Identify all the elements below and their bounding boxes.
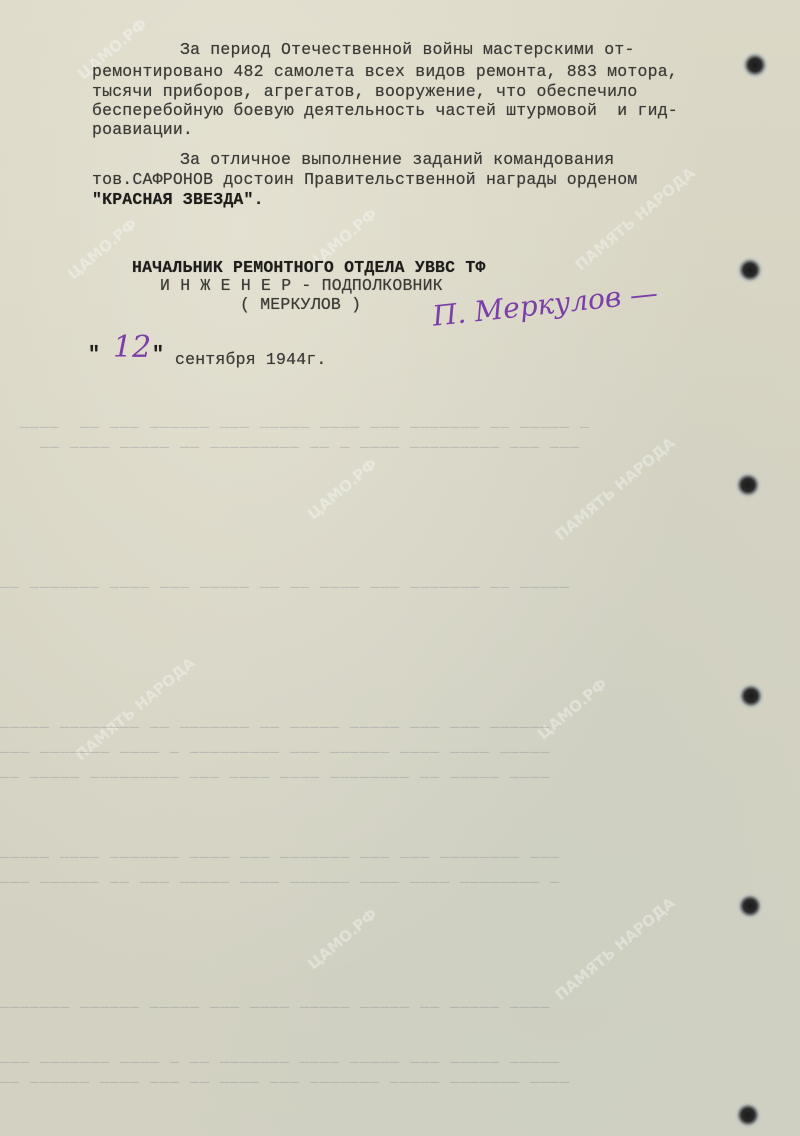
bleed-through-text: ── ───── ───────── ─── ──── ──── ───────… (0, 770, 550, 787)
paragraph-line: тысячи приборов, агрегатов, вооружение, … (92, 82, 638, 101)
bleed-through-text: ── ────── ──── ─── ── ──── ─── ─────── ─… (0, 1075, 570, 1092)
punch-hole (737, 257, 763, 283)
date-close-quote: " (152, 346, 164, 365)
date-open-quote: " (88, 346, 100, 365)
punch-hole (735, 1102, 761, 1128)
bleed-through-text: ─── ────── ── ─── ───── ──── ────── ────… (0, 875, 560, 892)
paragraph-line: роавиации. (92, 120, 193, 139)
signatory-name: ( МЕРКУЛОВ ) (240, 295, 361, 314)
bleed-through-text: ─────── ────── ───── ─── ──── ───── ────… (0, 1000, 550, 1017)
paragraph-line: ремонтировано 482 самолета всех видов ре… (92, 62, 678, 81)
signatory-rank: И Н Ж Е Н Е Р - ПОДПОЛКОВНИК (160, 276, 443, 295)
date-month-year: сентября 1944г. (175, 350, 327, 369)
bleed-through-text: ─── ─────── ──── ─ ───────── ─── ────── … (0, 745, 550, 762)
date-day-handwritten: 12 (113, 330, 151, 365)
signatory-title: НАЧАЛЬНИК РЕМОНТНОГО ОТДЕЛА УВВС ТФ (132, 258, 486, 277)
punch-hole (737, 893, 763, 919)
award-name: "КРАСНАЯ ЗВЕЗДА". (92, 190, 264, 209)
paragraph-line: За период Отечественной войны мастерским… (180, 40, 635, 59)
bleed-through-text: ──── ── ─── ────── ─── ───── ──── ─── ──… (20, 420, 590, 437)
bleed-through-text: ── ─────── ──── ─── ───── ── ── ──── ───… (0, 580, 570, 597)
bleed-through-text: ───── ──── ─────── ──── ─── ─────── ─── … (0, 850, 560, 867)
punch-hole (742, 52, 768, 78)
paragraph-line: За отличное выполнение заданий командова… (180, 150, 614, 169)
bleed-through-text: ─── ─────── ──── ─ ── ─────── ──── ─────… (0, 1055, 560, 1072)
paragraph-line: бесперебойную боевую деятельность частей… (92, 101, 678, 120)
punch-hole (735, 472, 761, 498)
bleed-through-text: ───── ──────── ── ─────── ── ───── ─────… (0, 720, 550, 737)
bleed-through-text: ── ──── ───── ── ───────── ── ─ ──── ───… (40, 440, 580, 457)
paragraph-line: тов.САФРОНОВ достоин Правительственной н… (92, 170, 638, 189)
punch-hole (738, 683, 764, 709)
